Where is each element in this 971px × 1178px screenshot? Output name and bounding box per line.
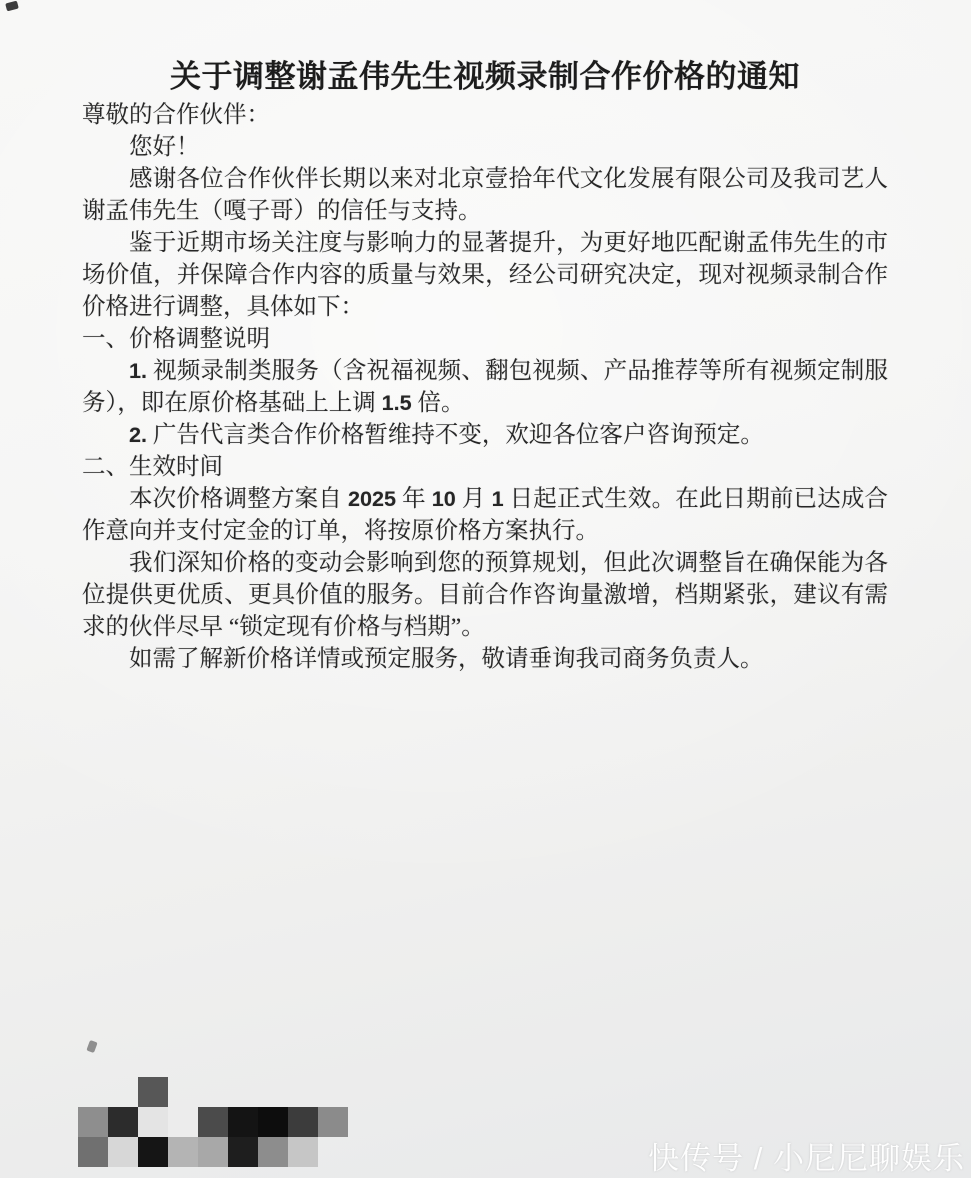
photo-speck — [86, 1040, 97, 1053]
mosaic-cell — [78, 1137, 108, 1167]
mosaic-cell — [318, 1137, 348, 1167]
mosaic-cell — [168, 1077, 198, 1107]
censor-mosaic — [78, 1077, 348, 1167]
notice-letter: 关于调整谢孟伟先生视频录制合作价格的通知 尊敬的合作伙伴： 您好！ 感谢各位合作… — [82, 55, 888, 675]
number-text: 1. — [129, 358, 147, 383]
mosaic-cell — [288, 1137, 318, 1167]
section1-heading: 一、价格调整说明 — [82, 323, 888, 355]
notice-title: 关于调整谢孟伟先生视频录制合作价格的通知 — [82, 55, 888, 99]
salutation: 尊敬的合作伙伴： — [82, 99, 888, 131]
section2-body: 本次价格调整方案自 2025 年 10 月 1 日起正式生效。在此日期前已达成合… — [82, 483, 888, 547]
paragraph-impact: 我们深知价格的变动会影响到您的预算规划，但此次调整旨在确保能为各位提供更优质、更… — [82, 547, 888, 643]
mosaic-cell — [168, 1137, 198, 1167]
number-text: 1 — [492, 486, 504, 511]
mosaic-cell — [288, 1107, 318, 1137]
mosaic-cell — [138, 1077, 168, 1107]
photo-speck — [5, 1, 19, 12]
mosaic-cell — [108, 1107, 138, 1137]
mosaic-cell — [138, 1137, 168, 1167]
paragraph-reason: 鉴于近期市场关注度与影响力的显著提升，为更好地匹配谢孟伟先生的市场价值，并保障合… — [82, 227, 888, 323]
section2-heading: 二、生效时间 — [82, 451, 888, 483]
greeting: 您好！ — [82, 131, 888, 163]
body-text: 本次价格调整方案自 — [129, 486, 348, 512]
number-text: 2. — [129, 422, 147, 447]
body-text: 倍。 — [412, 390, 465, 416]
body-text: 广告代言类合作价格暂维持不变，欢迎各位客户咨询预定。 — [147, 422, 764, 448]
mosaic-cell — [78, 1077, 108, 1107]
section1-item2: 2. 广告代言类合作价格暂维持不变，欢迎各位客户咨询预定。 — [82, 419, 888, 451]
mosaic-cell — [228, 1107, 258, 1137]
mosaic-cell — [228, 1137, 258, 1167]
paragraph-closing: 如需了解新价格详情或预定服务，敬请垂询我司商务负责人。 — [82, 643, 888, 675]
mosaic-cell — [198, 1077, 228, 1107]
number-text: 10 — [432, 486, 456, 511]
mosaic-cell — [258, 1107, 288, 1137]
body-text: 年 — [396, 486, 432, 512]
body-text: 月 — [456, 486, 492, 512]
mosaic-cell — [168, 1107, 198, 1137]
mosaic-cell — [198, 1107, 228, 1137]
watermark-credit: 快传号 / 小尼尼聊娱乐 — [648, 1142, 965, 1176]
paragraph-thanks: 感谢各位合作伙伴长期以来对北京壹拾年代文化发展有限公司及我司艺人谢孟伟先生（嘎子… — [82, 163, 888, 227]
mosaic-cell — [258, 1137, 288, 1167]
number-text: 2025 — [348, 486, 396, 511]
mosaic-cell — [258, 1077, 288, 1107]
mosaic-cell — [78, 1107, 108, 1137]
photographed-notice-page: 关于调整谢孟伟先生视频录制合作价格的通知 尊敬的合作伙伴： 您好！ 感谢各位合作… — [0, 0, 971, 1178]
body-text: 视频录制类服务（含祝福视频、翻包视频、产品推荐等所有视频定制服务），即在原价格基… — [82, 358, 888, 416]
mosaic-cell — [108, 1077, 138, 1107]
number-text: 1.5 — [382, 390, 412, 415]
mosaic-cell — [108, 1137, 138, 1167]
mosaic-cell — [288, 1077, 318, 1107]
mosaic-cell — [318, 1077, 348, 1107]
mosaic-cell — [198, 1137, 228, 1167]
mosaic-cell — [138, 1107, 168, 1137]
mosaic-cell — [318, 1107, 348, 1137]
mosaic-cell — [228, 1077, 258, 1107]
section1-item1: 1. 视频录制类服务（含祝福视频、翻包视频、产品推荐等所有视频定制服务），即在原… — [82, 355, 888, 419]
